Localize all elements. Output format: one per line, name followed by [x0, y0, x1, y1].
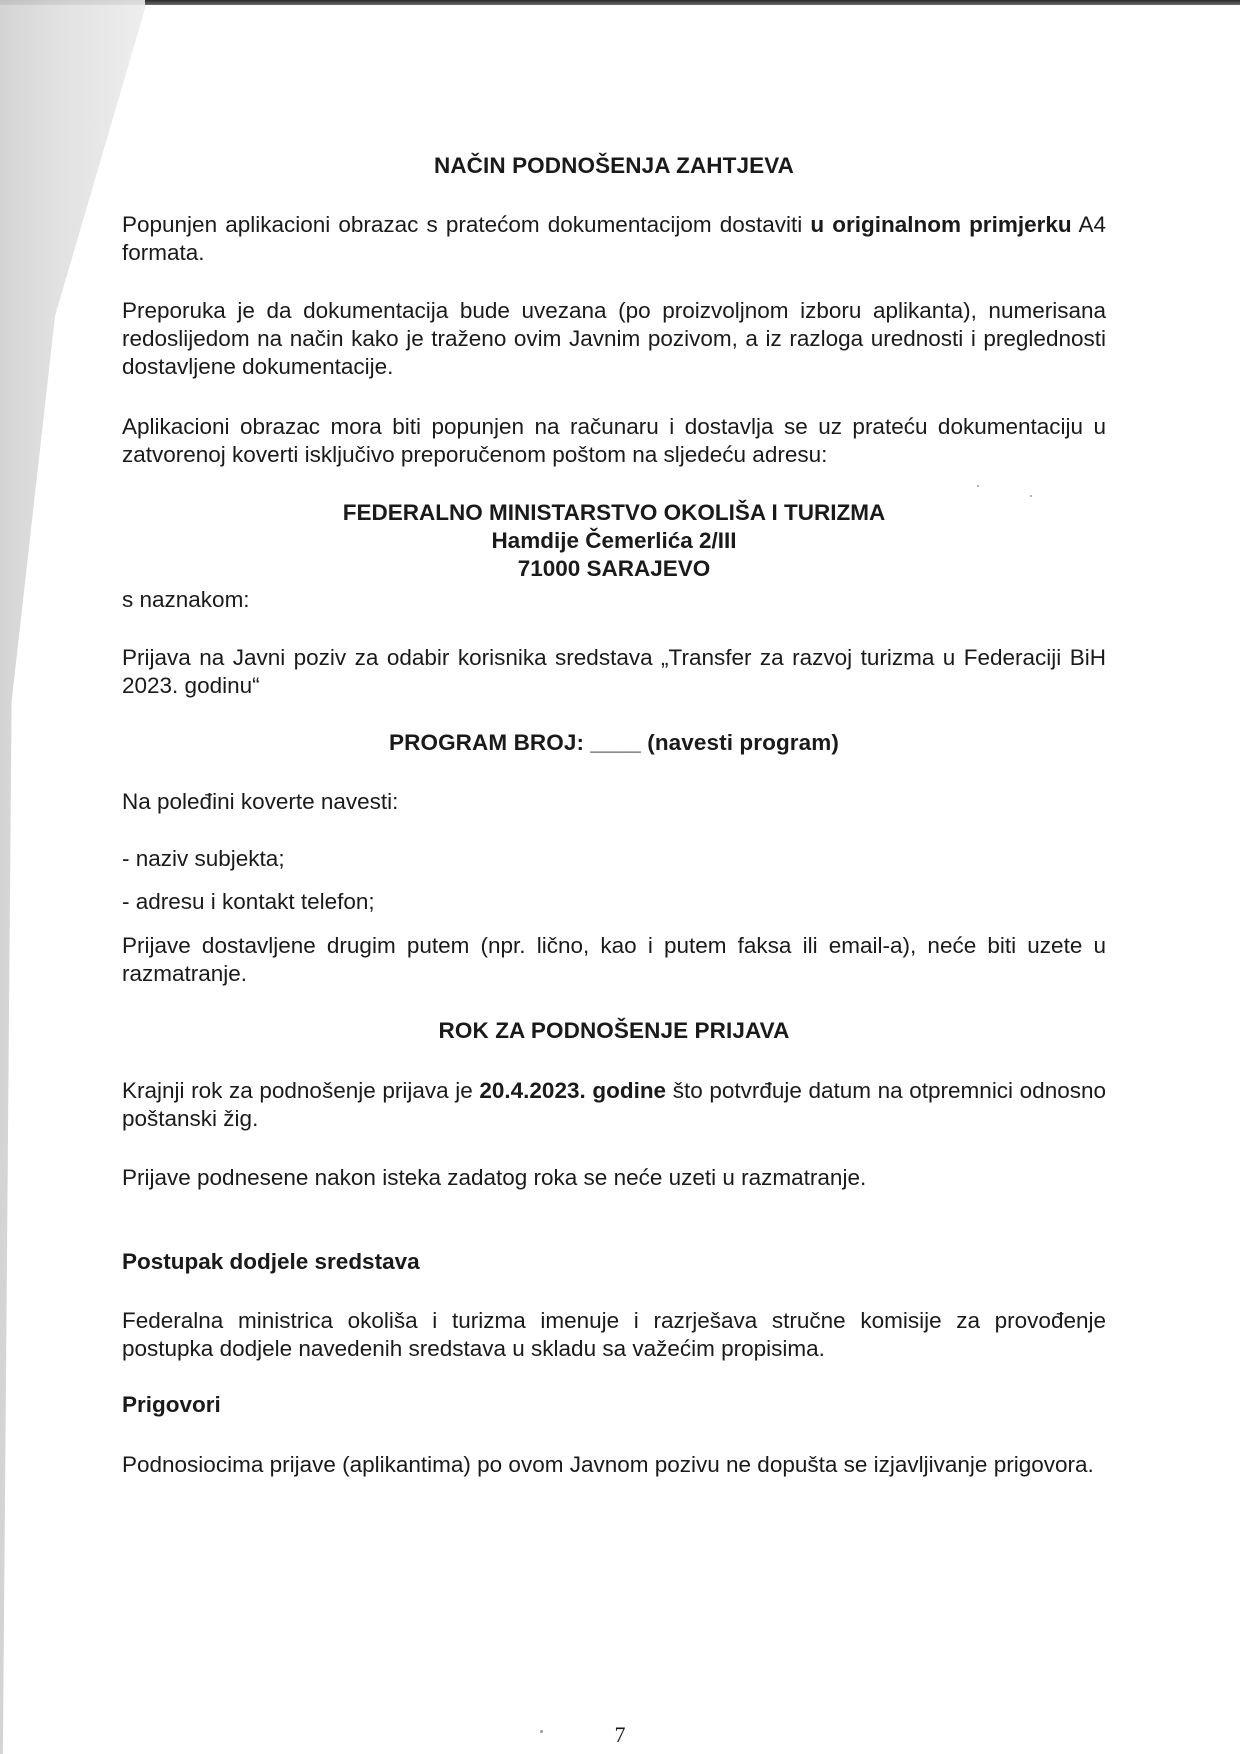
- paragraph-original-copy: Popunjen aplikacioni obrazac s pratećom …: [122, 211, 1106, 267]
- section-title-objections: Prigovori: [122, 1392, 221, 1418]
- program-number-line: PROGRAM BROJ: ____ (navesti program): [122, 730, 1106, 756]
- address-ministry: FEDERALNO MINISTARSTVO OKOLIŠA I TURIZMA: [122, 499, 1106, 527]
- envelope-item: - adresu i kontakt telefon;: [122, 888, 1106, 916]
- address-block: FEDERALNO MINISTARSTVO OKOLIŠA I TURIZMA…: [122, 499, 1106, 583]
- deadline-date: 20.4.2023. godine: [479, 1078, 666, 1103]
- scan-speck: [1030, 495, 1032, 497]
- address-city: 71000 SARAJEVO: [122, 555, 1106, 583]
- text: Krajnji rok za podnošenje prijava je: [122, 1078, 479, 1103]
- paragraph-binding-recommendation: Preporuka je da dokumentacija bude uveza…: [122, 297, 1106, 381]
- section-title-submission-method: NAČIN PODNOŠENJA ZAHTJEVA: [122, 153, 1106, 179]
- paragraph-commission: Federalna ministrica okoliša i turizma i…: [122, 1307, 1106, 1363]
- section-title-deadline: ROK ZA PODNOŠENJE PRIJAVA: [122, 1018, 1106, 1044]
- scan-top-edge: [0, 0, 1240, 5]
- paragraph-application-subject: Prijava na Javni poziv za odabir korisni…: [122, 644, 1106, 700]
- envelope-label: Na poleđini koverte navesti:: [122, 788, 1106, 816]
- paragraph-other-channels: Prijave dostavljene drugim putem (npr. l…: [122, 932, 1106, 988]
- page-number: 7: [0, 1722, 1240, 1748]
- scan-speck: [977, 485, 979, 487]
- paragraph-deadline: Krajnji rok za podnošenje prijava je 20.…: [122, 1077, 1106, 1133]
- paragraph-no-objections: Podnosiocima prijave (aplikantima) po ov…: [122, 1451, 1106, 1479]
- scan-speck: [540, 1730, 543, 1733]
- address-street: Hamdije Čemerlića 2/III: [122, 527, 1106, 555]
- envelope-item: - naziv subjekta;: [122, 845, 1106, 873]
- paragraph-delivery-instructions: Aplikacioni obrazac mora biti popunjen n…: [122, 413, 1106, 469]
- bold-text: u originalnom primjerku: [810, 212, 1071, 237]
- marking-label: s naznakom:: [122, 586, 1106, 614]
- paragraph-late-submissions: Prijave podnesene nakon isteka zadatog r…: [122, 1164, 1106, 1192]
- section-title-allocation-procedure: Postupak dodjele sredstava: [122, 1249, 420, 1275]
- text: Popunjen aplikacioni obrazac s pratećom …: [122, 212, 810, 237]
